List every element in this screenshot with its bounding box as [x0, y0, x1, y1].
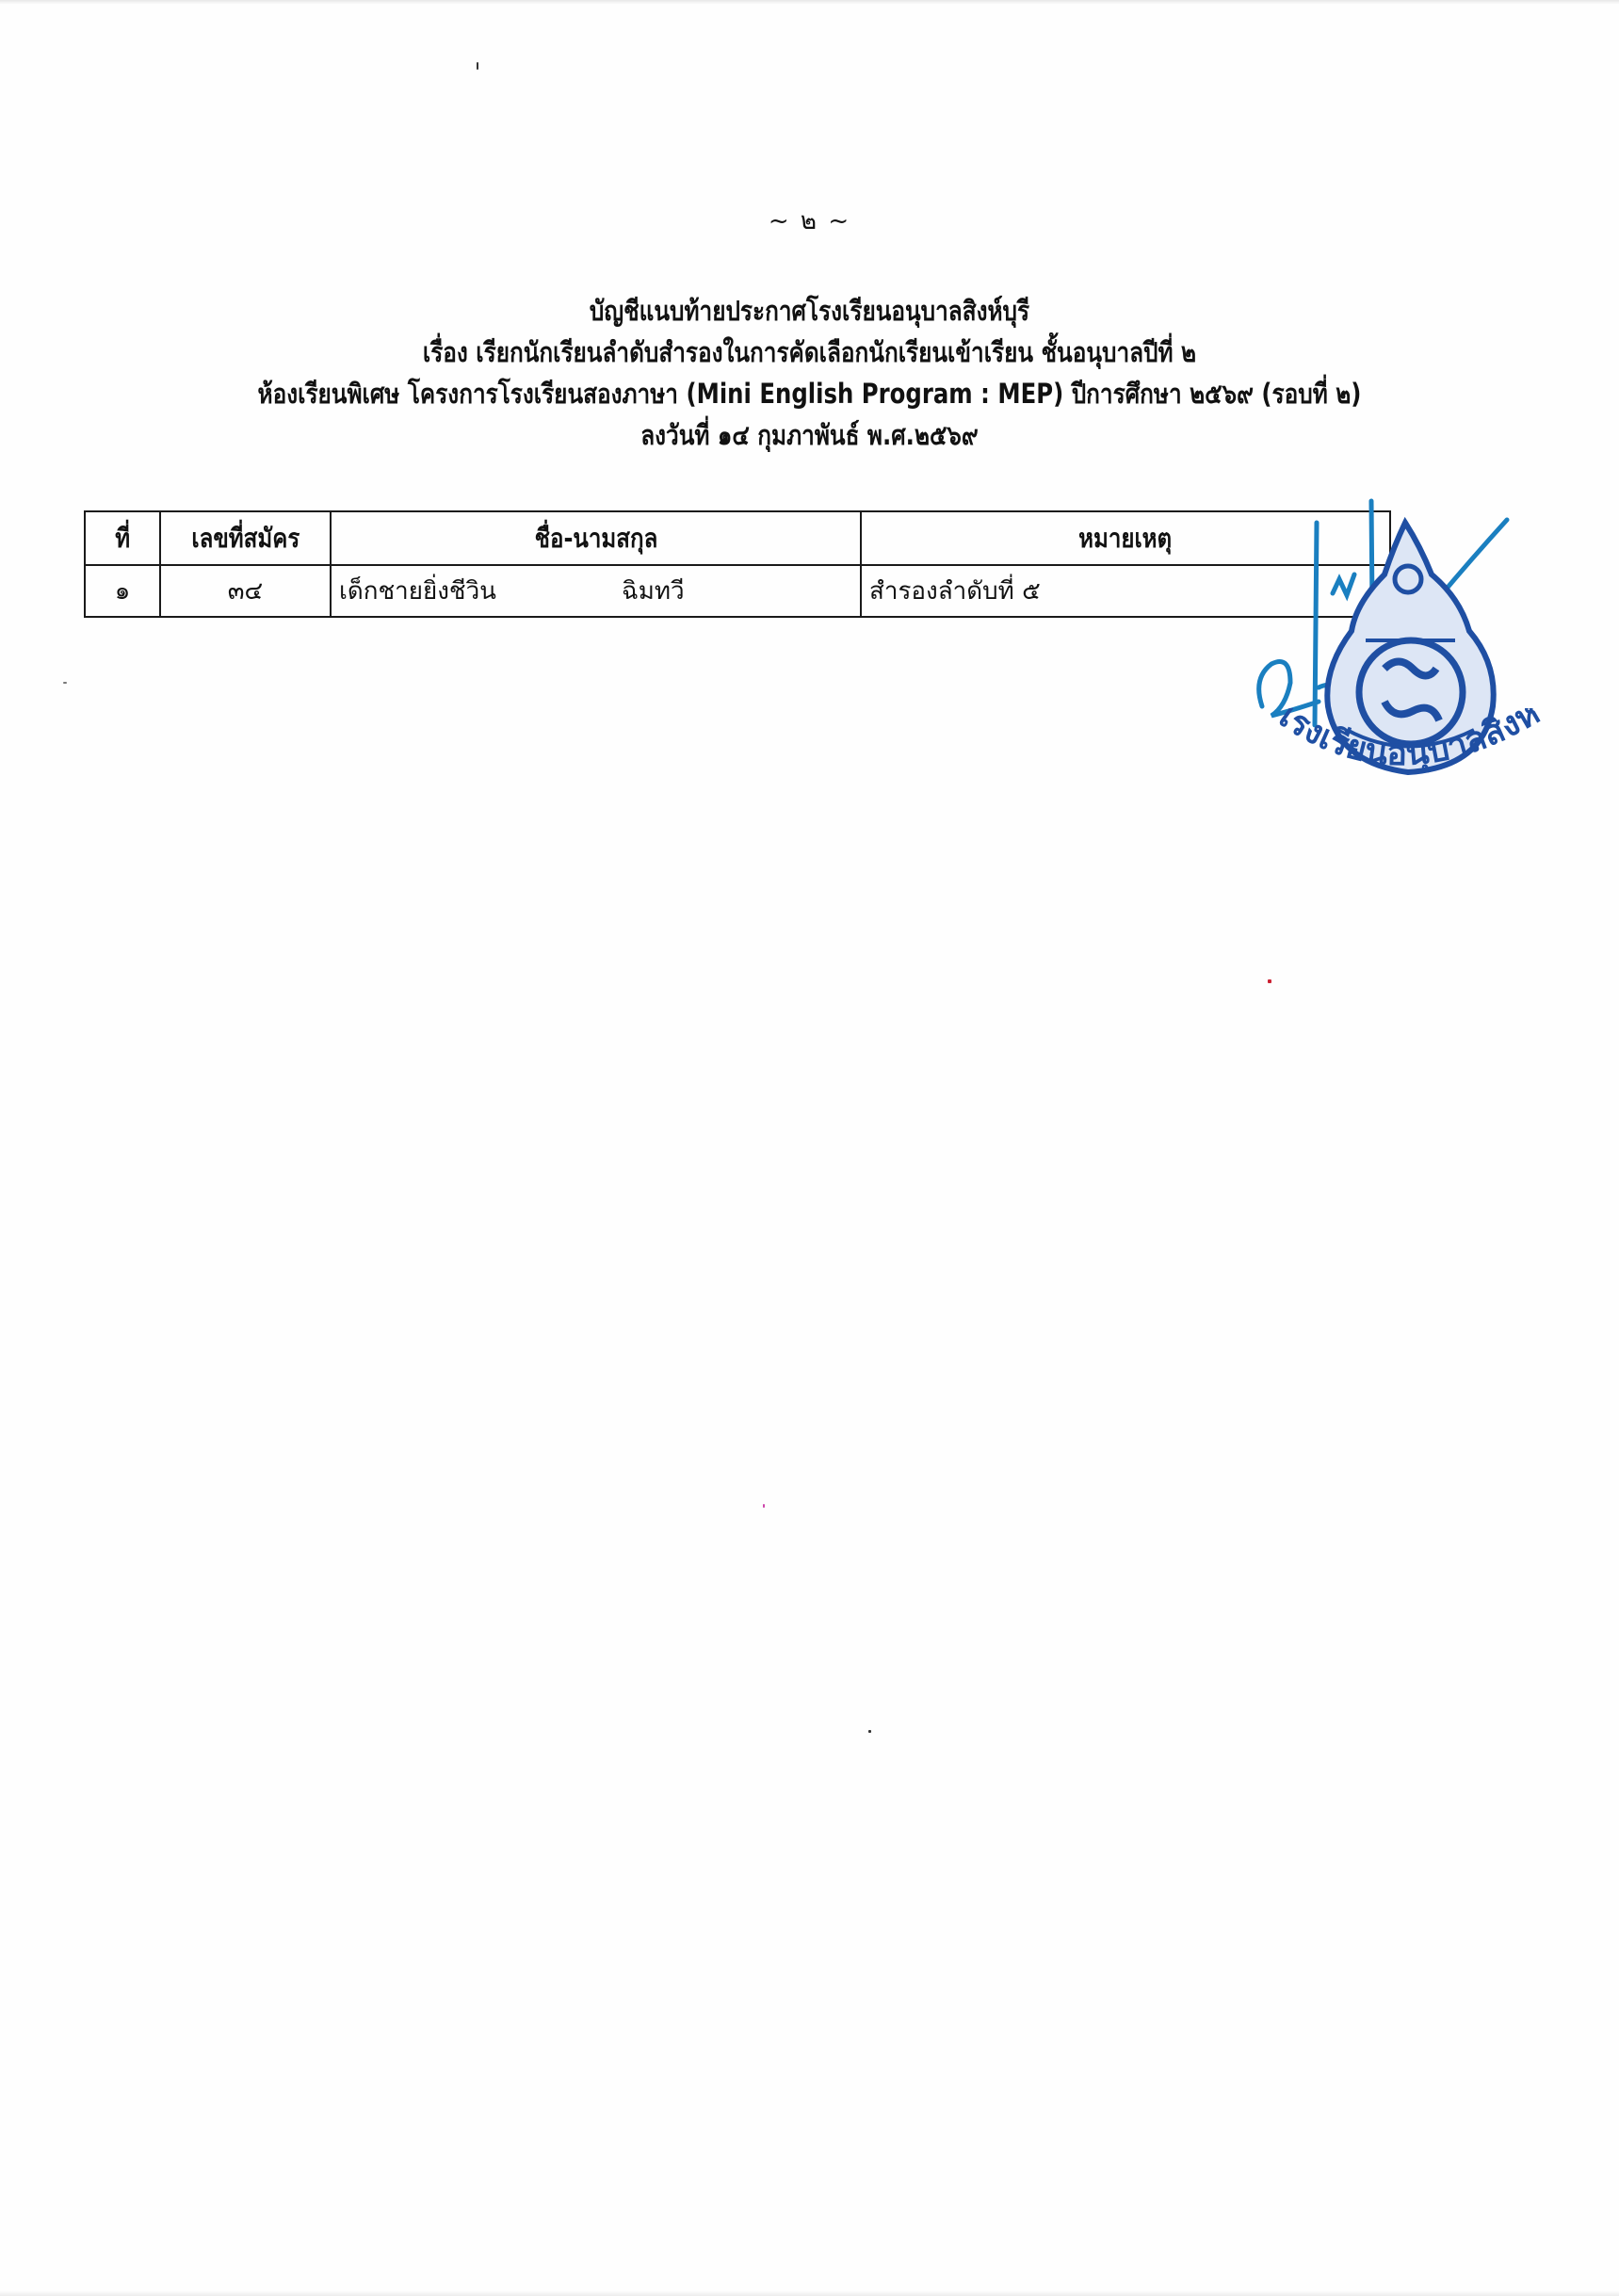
cell-no: ๑: [85, 565, 160, 617]
scan-speck: [868, 1730, 871, 1733]
last-name: ฉิมทวี: [622, 572, 685, 610]
title-line-heading: บัญชีแนบท้ายประกาศโรงเรียนอนุบาลสิงห์บุร…: [130, 290, 1490, 331]
document-title: บัญชีแนบท้ายประกาศโรงเรียนอนุบาลสิงห์บุร…: [0, 290, 1619, 456]
scan-edge: [0, 2290, 1619, 2296]
cell-application-no: ๓๔: [160, 565, 331, 617]
title-line-date: ลงวันที่ ๑๔ กุมภาพันธ์ พ.ศ.๒๕๖๙: [130, 414, 1490, 456]
seal-text: โรงเรียนอนุบาลสิงห์บุรี: [1253, 708, 1546, 775]
title-line-program: ห้องเรียนพิเศษ โครงการโรงเรียนสองภาษา (M…: [130, 373, 1490, 414]
title-line-subject: เรื่อง เรียกนักเรียนลำดับสำรองในการคัดเล…: [130, 331, 1490, 373]
page-number: ~ ๒ ~: [0, 202, 1619, 240]
header-full-name: ชื่อ-นามสกุล: [331, 511, 861, 565]
scan-speck: [763, 1504, 765, 1508]
header-no: ที่: [85, 511, 160, 565]
scan-speck: [1268, 979, 1271, 983]
table-row: ๑ ๓๔ เด็กชายยิ่งชีวินฉิมทวี สำรองลำดับที…: [85, 565, 1390, 617]
document-page: ~ ๒ ~ บัญชีแนบท้ายประกาศโรงเรียนอนุบาลสิ…: [0, 0, 1619, 2296]
student-table: ที่ เลขที่สมัคร ชื่อ-นามสกุล หมายเหตุ ๑ …: [84, 510, 1391, 618]
scan-edge: [0, 0, 1619, 5]
scan-speck: [477, 62, 478, 70]
seal-caption: โรงเรียนอนุบาลสิงห์บุรี: [1253, 708, 1563, 802]
cell-full-name: เด็กชายยิ่งชีวินฉิมทวี: [331, 565, 861, 617]
header-application-no: เลขที่สมัคร: [160, 511, 331, 565]
table-header-row: ที่ เลขที่สมัคร ชื่อ-นามสกุล หมายเหตุ: [85, 511, 1390, 565]
first-name: เด็กชายยิ่งชีวิน: [339, 572, 622, 610]
scan-speck: [63, 682, 67, 684]
